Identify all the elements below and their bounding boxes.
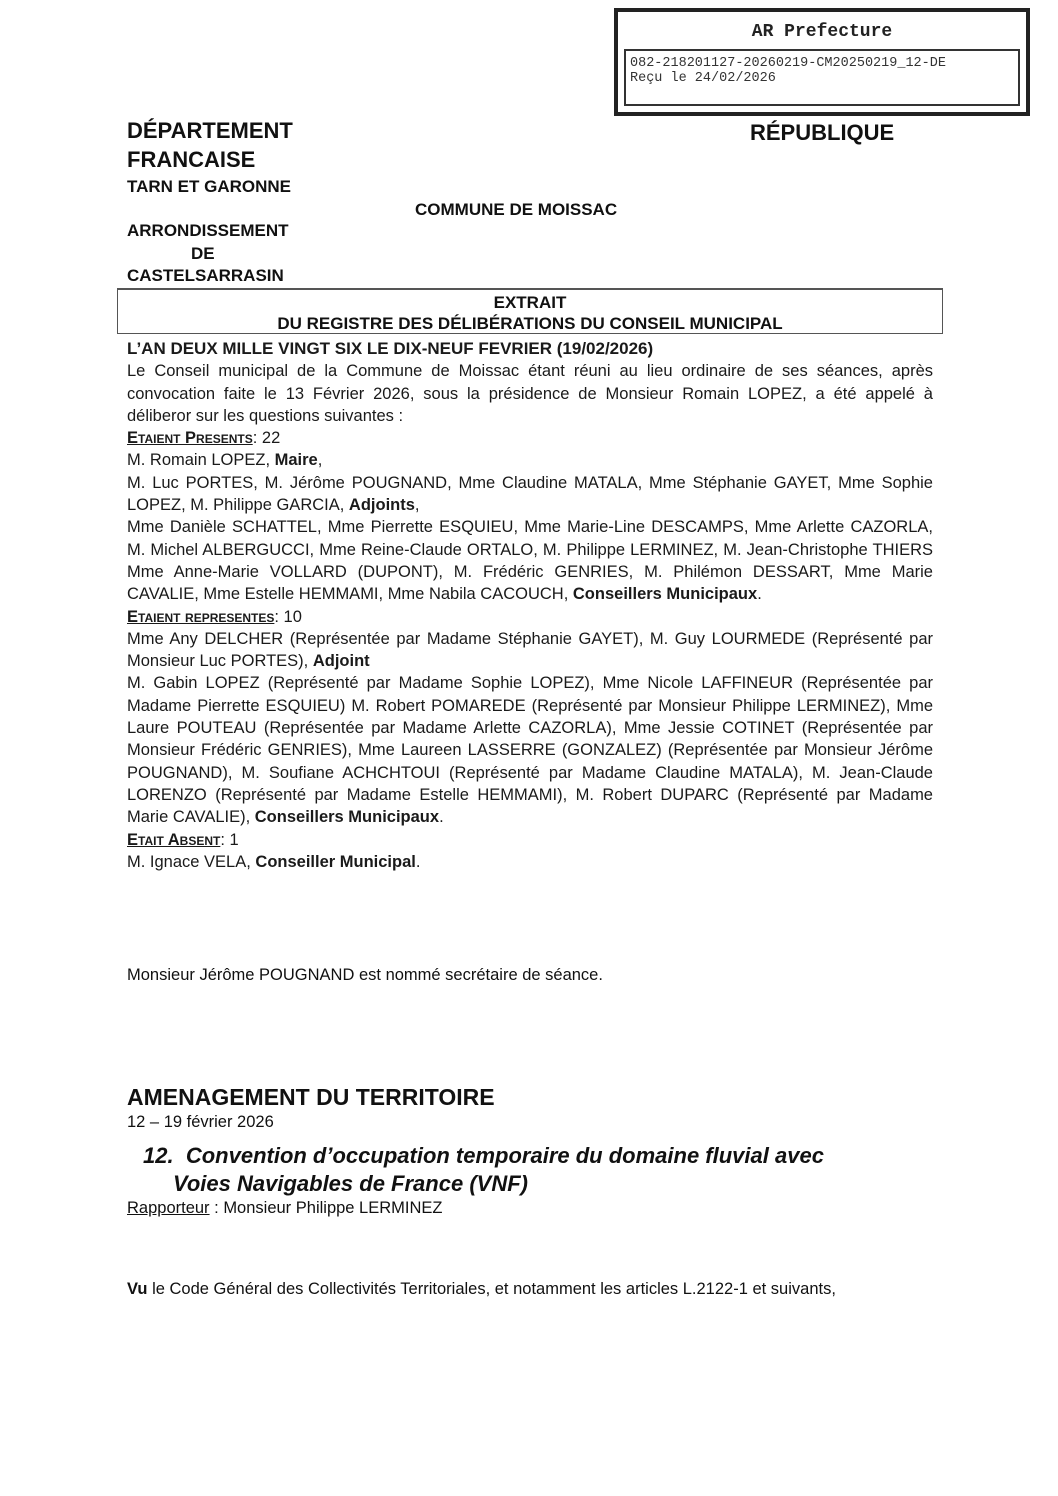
maire-role: Maire	[275, 451, 318, 469]
represented-conseillers: M. Gabin LOPEZ (Représenté par Madame So…	[127, 672, 933, 828]
item-title-line1: Convention d’occupation temporaire du do…	[186, 1143, 824, 1168]
presents-count: : 22	[253, 429, 281, 447]
item-title: 12. Convention d’occupation temporaire d…	[143, 1142, 933, 1198]
represented-adjoints: Mme Any DELCHER (Représentée par Madame …	[127, 628, 933, 673]
rapporteur: Rapporteur : Monsieur Philippe LERMINEZ	[127, 1199, 442, 1218]
stamp-received-date: Reçu le 24/02/2026	[630, 71, 1014, 86]
extrait-title: EXTRAIT	[118, 292, 942, 313]
session-intro: Le Conseil municipal de la Commune de Mo…	[127, 360, 933, 427]
presents-conseillers: Mme Danièle SCHATTEL, Mme Pierrette ESQU…	[127, 516, 933, 605]
vu-lead: Vu	[127, 1280, 147, 1298]
header-departement: DÉPARTEMENT	[127, 118, 293, 144]
rapporteur-label: Rapporteur	[127, 1199, 210, 1217]
adjoints-names: M. Luc PORTES, M. Jérôme POUGNAND, Mme C…	[127, 474, 933, 514]
absent-header: Etait Absent: 1	[127, 829, 933, 851]
presents-label: Etaient Presents	[127, 429, 253, 447]
extrait-subtitle: DU REGISTRE DES DÉLIBÉRATIONS DU CONSEIL…	[118, 313, 942, 334]
conseillers-role: Conseillers Municipaux	[573, 585, 757, 603]
represented-count: : 10	[274, 608, 302, 626]
absent-role: Conseiller Municipal	[255, 853, 415, 871]
section-title: AMENAGEMENT DU TERRITOIRE	[127, 1084, 495, 1111]
presents-header: Etaient Presents: 22	[127, 427, 933, 449]
presents-adjoints: M. Luc PORTES, M. Jérôme POUGNAND, Mme C…	[127, 472, 933, 517]
header-commune: COMMUNE DE MOISSAC	[415, 200, 617, 220]
absent-label: Etait Absent	[127, 831, 220, 849]
represented-conseillers-names: M. Gabin LOPEZ (Représenté par Madame So…	[127, 674, 933, 826]
represented-adjoint-names: Mme Any DELCHER (Représentée par Madame …	[127, 630, 933, 670]
secretary-statement: Monsieur Jérôme POUGNAND est nommé secré…	[127, 966, 603, 985]
header-tarn-et-garonne: TARN ET GARONNE	[127, 177, 291, 197]
represented-adjoint-role: Adjoint	[313, 652, 370, 670]
represented-label: Etaient representes	[127, 608, 274, 626]
rapporteur-value: : Monsieur Philippe LERMINEZ	[210, 1199, 443, 1217]
absent-list: M. Ignace VELA, Conseiller Municipal.	[127, 851, 933, 873]
absent-name: M. Ignace VELA,	[127, 853, 255, 871]
conseillers-names: Mme Danièle SCHATTEL, Mme Pierrette ESQU…	[127, 518, 933, 603]
vu-paragraph: Vu le Code Général des Collectivités Ter…	[127, 1278, 933, 1300]
deliberation-body: L’AN DEUX MILLE VINGT SIX LE DIX-NEUF FE…	[127, 338, 933, 873]
header-republique: RÉPUBLIQUE	[750, 120, 894, 146]
stamp-title: AR Prefecture	[618, 22, 1026, 42]
header-francaise: FRANCAISE	[127, 147, 255, 173]
header-de: DE	[191, 244, 215, 264]
represented-header: Etaient representes: 10	[127, 606, 933, 628]
session-date-line: L’AN DEUX MILLE VINGT SIX LE DIX-NEUF FE…	[127, 338, 933, 360]
maire-name: M. Romain LOPEZ,	[127, 451, 275, 469]
stamp-details: 082-218201127-20260219-CM20250219_12-DE …	[624, 49, 1020, 106]
item-number: 12.	[143, 1143, 174, 1168]
header-arrondissement: ARRONDISSEMENT	[127, 221, 289, 241]
ar-prefecture-stamp: AR Prefecture 082-218201127-20260219-CM2…	[614, 8, 1030, 116]
section-date: 12 – 19 février 2026	[127, 1113, 274, 1132]
presents-maire: M. Romain LOPEZ, Maire,	[127, 449, 933, 471]
item-title-line2: Voies Navigables de France (VNF)	[143, 1170, 933, 1198]
absent-count: : 1	[220, 831, 238, 849]
vu-text: le Code Général des Collectivités Territ…	[147, 1280, 835, 1298]
adjoints-role: Adjoints	[349, 496, 415, 514]
header-castelsarrasin: CASTELSARRASIN	[127, 266, 284, 286]
extrait-box: EXTRAIT DU REGISTRE DES DÉLIBÉRATIONS DU…	[117, 288, 943, 334]
stamp-reference: 082-218201127-20260219-CM20250219_12-DE	[630, 56, 1014, 71]
represented-conseillers-role: Conseillers Municipaux	[255, 808, 439, 826]
